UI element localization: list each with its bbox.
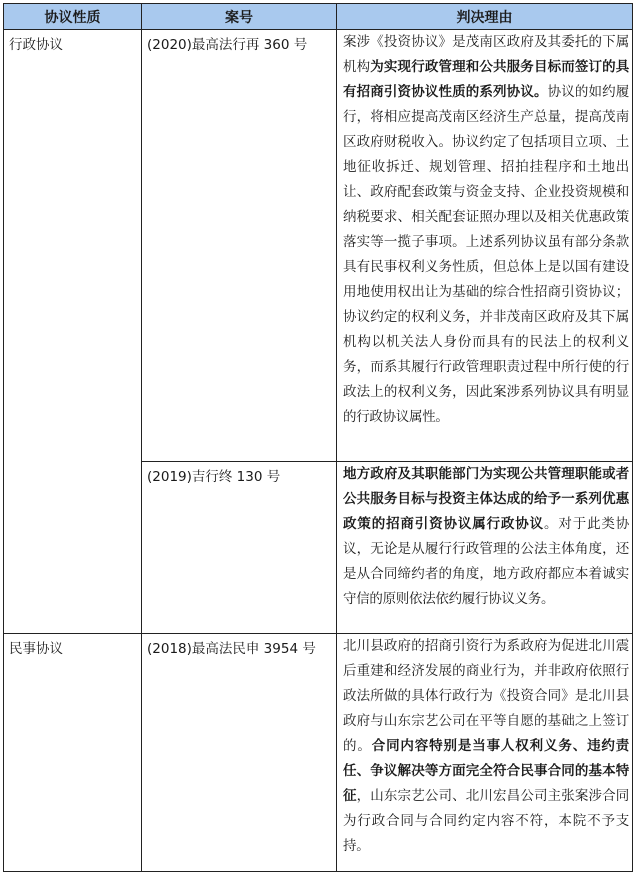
reason-text: ，山东宗艺公司、北川宏昌公司主张案涉合同为行政合同与合同约定内容不符，本院不予支… — [343, 788, 629, 854]
case-number-cell: (2020)最高法行再 360 号 — [142, 30, 337, 462]
header-judgment-reason: 判决理由 — [337, 4, 633, 30]
table-row: 民事协议 (2018)最高法民申 3954 号 北川县政府的招商引资行为系政府为… — [4, 634, 633, 872]
case-number-cell: (2018)最高法民申 3954 号 — [142, 634, 337, 872]
agreement-nature-cell: 民事协议 — [4, 634, 142, 872]
table-header-row: 协议性质 案号 判决理由 — [4, 4, 633, 30]
case-comparison-table: 协议性质 案号 判决理由 行政协议 (2020)最高法行再 360 号 案涉《投… — [3, 3, 633, 872]
judgment-reason-cell: 北川县政府的招商引资行为系政府为促进北川震后重建和经济发展的商业行为，并非政府依… — [337, 634, 633, 872]
header-case-number: 案号 — [142, 4, 337, 30]
judgment-reason-cell: 案涉《投资协议》是茂南区政府及其委托的下属机构为实现行政管理和公共服务目标而签订… — [337, 30, 633, 462]
judgment-reason-cell: 地方政府及其职能部门为实现公共管理职能或者公共服务目标与投资主体达成的给予一系列… — [337, 462, 633, 634]
reason-text: 协议的如约履行，将相应提高茂南区经济生产总量，提高茂南区政府财税收入。协议约定了… — [343, 84, 629, 425]
table-row: 行政协议 (2020)最高法行再 360 号 案涉《投资协议》是茂南区政府及其委… — [4, 30, 633, 462]
agreement-nature-cell: 行政协议 — [4, 30, 142, 634]
header-agreement-nature: 协议性质 — [4, 4, 142, 30]
case-number-cell: (2019)吉行终 130 号 — [142, 462, 337, 634]
reason-text: 北川县政府的招商引资行为系政府为促进北川震后重建和经济发展的商业行为，并非政府依… — [343, 638, 629, 754]
